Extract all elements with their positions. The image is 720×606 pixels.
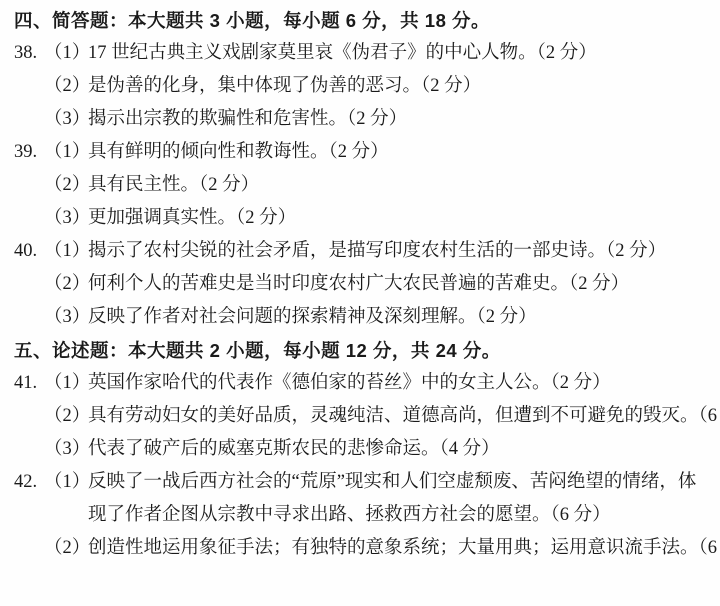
answer-text: 何利个人的苦难史是当时印度农村广大农民普遍的苦难史。（2 分） — [88, 274, 629, 294]
answer-line: 38. （1） 17 世纪古典主义戏剧家莫里哀《伪君子》的中心人物。（2 分） — [0, 37, 720, 70]
answer-line: 39. （1） 具有鲜明的倾向性和教诲性。（2 分） — [0, 136, 720, 169]
part-label: （1） — [44, 37, 90, 70]
answer-line: （2） 何利个人的苦难史是当时印度农村广大农民普遍的苦难史。（2 分） — [0, 268, 720, 301]
answer-line: 42. （1） 反映了一战后西方社会的“荒原”现实和人们空虚颓废、苦闷绝望的情绪… — [0, 466, 720, 499]
document-page: 四、简答题：本大题共 3 小题，每小题 6 分，共 18 分。 38. （1） … — [0, 0, 720, 606]
answer-text: 更加强调真实性。（2 分） — [88, 208, 296, 228]
question-number: 38. — [14, 37, 37, 70]
part-label: （2） — [44, 70, 90, 103]
part-label: （2） — [44, 400, 90, 433]
answer-line-continuation: 现了作者企图从宗教中寻求出路、拯救西方社会的愿望。（6 分） — [0, 499, 720, 532]
answer-line: （3） 代表了破产后的威塞克斯农民的悲惨命运。（4 分） — [0, 433, 720, 466]
part-label: （3） — [44, 301, 90, 334]
part-label: （1） — [44, 367, 90, 400]
section-heading-text: 五、论述题：本大题共 2 小题，每小题 12 分，共 24 分。 — [14, 340, 501, 361]
answer-text: 反映了一战后西方社会的“荒原”现实和人们空虚颓废、苦闷绝望的情绪，体 — [88, 472, 696, 492]
part-label: （1） — [44, 235, 90, 268]
answer-line: 40. （1） 揭示了农村尖锐的社会矛盾，是描写印度农村生活的一部史诗。（2 分… — [0, 235, 720, 268]
answer-text: 创造性地运用象征手法；有独特的意象系统；大量用典；运用意识流手法。（6 分） — [88, 538, 720, 558]
part-label: （3） — [44, 103, 90, 136]
question-number: 39. — [14, 136, 37, 169]
question-number: 42. — [14, 466, 37, 499]
answer-text: 英国作家哈代的代表作《德伯家的苔丝》中的女主人公。（2 分） — [88, 373, 611, 393]
answer-line: （2） 创造性地运用象征手法；有独特的意象系统；大量用典；运用意识流手法。（6 … — [0, 532, 720, 565]
part-label: （3） — [44, 433, 90, 466]
answer-text: 具有劳动妇女的美好品质，灵魂纯洁、道德高尚，但遭到不可避免的毁灭。（6 分） — [88, 406, 720, 426]
part-label: （1） — [44, 136, 90, 169]
answer-text: 揭示了农村尖锐的社会矛盾，是描写印度农村生活的一部史诗。（2 分） — [88, 241, 666, 261]
answer-text: 具有民主性。（2 分） — [88, 175, 259, 195]
question-number: 40. — [14, 235, 37, 268]
answer-line: （3） 揭示出宗教的欺骗性和危害性。（2 分） — [0, 103, 720, 136]
answer-line: （3） 更加强调真实性。（2 分） — [0, 202, 720, 235]
answer-text: 17 世纪古典主义戏剧家莫里哀《伪君子》的中心人物。（2 分） — [88, 43, 597, 63]
answer-line: （2） 具有民主性。（2 分） — [0, 169, 720, 202]
answer-text: 具有鲜明的倾向性和教诲性。（2 分） — [88, 142, 389, 162]
section-heading-4: 四、简答题：本大题共 3 小题，每小题 6 分，共 18 分。 — [0, 4, 720, 37]
question-number: 41. — [14, 367, 37, 400]
answer-line: （3） 反映了作者对社会问题的探索精神及深刻理解。（2 分） — [0, 301, 720, 334]
section-heading-5: 五、论述题：本大题共 2 小题，每小题 12 分，共 24 分。 — [0, 334, 720, 367]
part-label: （3） — [44, 202, 90, 235]
part-label: （2） — [44, 532, 90, 565]
section-heading-text: 四、简答题：本大题共 3 小题，每小题 6 分，共 18 分。 — [14, 10, 490, 31]
part-label: （2） — [44, 169, 90, 202]
part-label: （1） — [44, 466, 90, 499]
part-label: （2） — [44, 268, 90, 301]
answer-text: 代表了破产后的威塞克斯农民的悲惨命运。（4 分） — [88, 439, 500, 459]
answer-text: 反映了作者对社会问题的探索精神及深刻理解。（2 分） — [88, 307, 537, 327]
answer-text: 现了作者企图从宗教中寻求出路、拯救西方社会的愿望。（6 分） — [88, 505, 611, 525]
answer-line: （2） 具有劳动妇女的美好品质，灵魂纯洁、道德高尚，但遭到不可避免的毁灭。（6 … — [0, 400, 720, 433]
answer-text: 是伪善的化身，集中体现了伪善的恶习。（2 分） — [88, 76, 481, 96]
answer-text: 揭示出宗教的欺骗性和危害性。（2 分） — [88, 109, 407, 129]
answer-line: （2） 是伪善的化身，集中体现了伪善的恶习。（2 分） — [0, 70, 720, 103]
answer-line: 41. （1） 英国作家哈代的代表作《德伯家的苔丝》中的女主人公。（2 分） — [0, 367, 720, 400]
